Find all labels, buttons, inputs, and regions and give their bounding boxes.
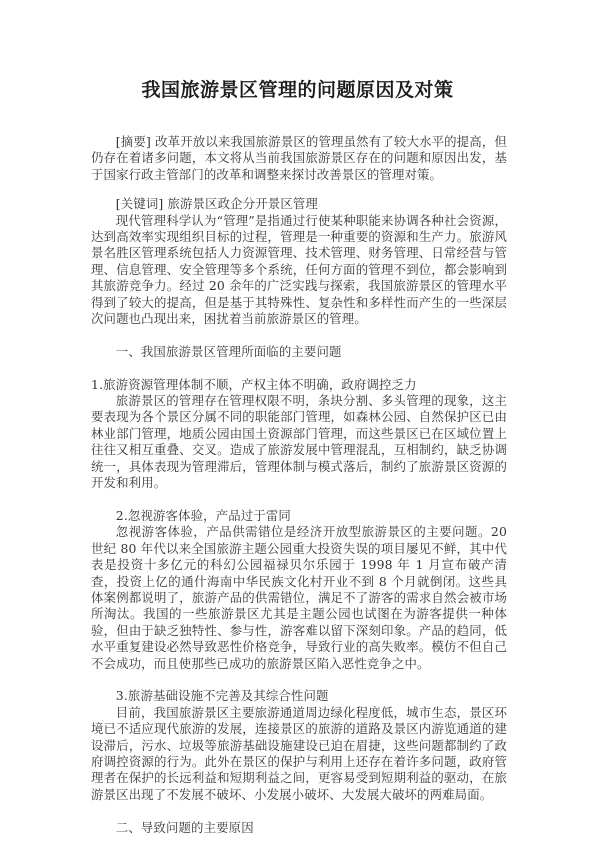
document-body: [摘要] 改革开放以来我国旅游景区的管理虽然有了较大水平的提高，但仍存在着诸多问… xyxy=(91,134,507,836)
abstract-label: [摘要] xyxy=(116,134,151,149)
spacer xyxy=(91,360,507,376)
spacer xyxy=(91,672,507,688)
spacer xyxy=(91,183,507,196)
spacer xyxy=(91,803,507,819)
intro-paragraph: 现代管理科学认为“管理”是指通过行使某种职能来协调各种社会资源，达到高效率实现组… xyxy=(91,213,507,328)
document-title: 我国旅游景区管理的问题原因及对策 xyxy=(0,78,595,102)
keywords-text: 旅游景区政企分开景区管理 xyxy=(163,196,318,211)
section-1-heading: 一、我国旅游景区管理所面临的主要问题 xyxy=(91,344,507,360)
abstract-text: 改革开放以来我国旅游景区的管理虽然有了较大水平的提高，但仍存在着诸多问题，本文将… xyxy=(91,134,507,182)
spacer xyxy=(91,492,507,508)
section-2-heading: 二、导致问题的主要原因 xyxy=(91,820,507,836)
subsection-3-heading: 3.旅游基础设施不完善及其综合性问题 xyxy=(91,688,507,704)
subsection-2-heading: 2.忽视游客体验，产品过于雷同 xyxy=(91,508,507,524)
subsection-3-text: 目前，我国旅游景区主要旅游通道周边绿化程度低，城市生态，景区环境已不适应现代旅游… xyxy=(91,705,507,803)
subsection-1-text: 旅游景区的管理存在管理权限不明，条块分割、多头管理的现象，这主要表现为各个景区分… xyxy=(91,393,507,491)
abstract-paragraph: [摘要] 改革开放以来我国旅游景区的管理虽然有了较大水平的提高，但仍存在着诸多问… xyxy=(91,134,507,183)
keywords-label: [关键词] xyxy=(116,196,164,211)
subsection-1-heading: 1.旅游资源管理体制不顺，产权主体不明确，政府调控乏力 xyxy=(91,377,507,393)
keywords-paragraph: [关键词] 旅游景区政企分开景区管理 xyxy=(91,196,507,212)
document-page: 我国旅游景区管理的问题原因及对策 [摘要] 改革开放以来我国旅游景区的管理虽然有… xyxy=(0,0,595,842)
subsection-2-text: 忽视游客体验，产品供需错位是经济开放型旅游景区的主要问题。20 世纪 80 年代… xyxy=(91,524,507,672)
spacer xyxy=(91,327,507,343)
